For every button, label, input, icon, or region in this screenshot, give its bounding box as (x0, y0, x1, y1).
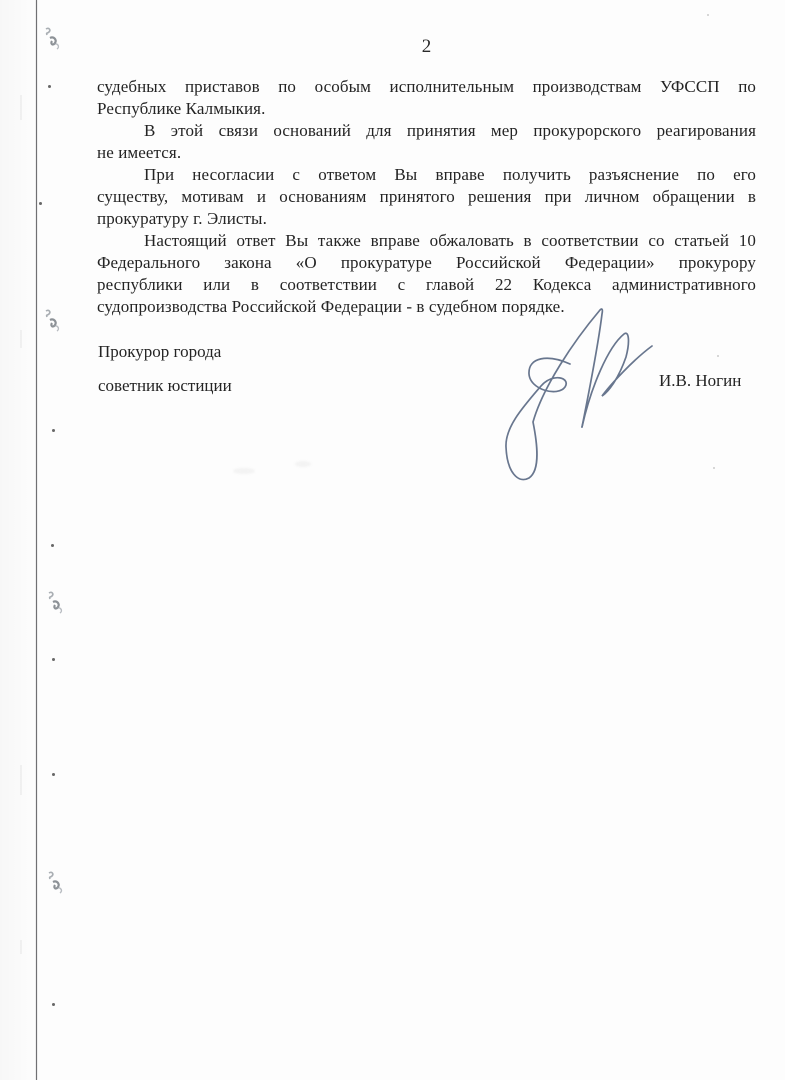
scan-dot (52, 773, 55, 776)
text-line: При несогласии с ответом Вы вправе получ… (97, 164, 756, 186)
scan-streak (20, 330, 22, 348)
scan-dot (52, 1003, 55, 1006)
scan-fold-line (36, 0, 37, 1080)
faint-scan-dot (707, 14, 709, 16)
document-body-text: судебных приставов по особым исполнитель… (97, 76, 756, 318)
paper-blemish (233, 468, 255, 474)
scan-edge-shading (0, 0, 36, 1080)
page-number: 2 (97, 36, 756, 58)
scan-dot (51, 544, 54, 547)
scan-streak (20, 95, 22, 120)
scan-streak (20, 765, 22, 795)
faint-scan-dot (717, 355, 719, 357)
text-line: прокуратуру г. Элисты. (97, 208, 756, 230)
scanned-document-page: 2 судебных приставов по особым исполните… (0, 0, 785, 1080)
ink-smudge (45, 870, 65, 900)
signer-title-line2: советник юстиции (98, 376, 232, 396)
handwritten-signature (503, 302, 663, 507)
faint-scan-dot (713, 467, 715, 469)
text-line: не имеется. (97, 142, 756, 164)
text-line: существу, мотивам и основаниям принятого… (97, 186, 756, 208)
text-line: республики или в соответствии с главой 2… (97, 274, 756, 296)
ink-smudge (42, 26, 62, 56)
scan-dot (48, 85, 51, 88)
text-line: Республике Калмыкия. (97, 98, 756, 120)
ink-smudge (45, 590, 65, 620)
paper-blemish (295, 461, 311, 467)
text-line: В этой связи оснований для принятия мер … (97, 120, 756, 142)
signer-name: И.В. Ногин (659, 371, 741, 391)
scan-dot (52, 658, 55, 661)
scan-dot (52, 429, 55, 432)
signer-title-line1: Прокурор города (98, 342, 221, 362)
text-line: судебных приставов по особым исполнитель… (97, 76, 756, 98)
scan-streak (20, 940, 22, 954)
scan-dot (39, 202, 42, 205)
text-line: Настоящий ответ Вы также вправе обжалова… (97, 230, 756, 252)
text-line: Федерального закона «О прокуратуре Росси… (97, 252, 756, 274)
ink-smudge (42, 308, 62, 338)
